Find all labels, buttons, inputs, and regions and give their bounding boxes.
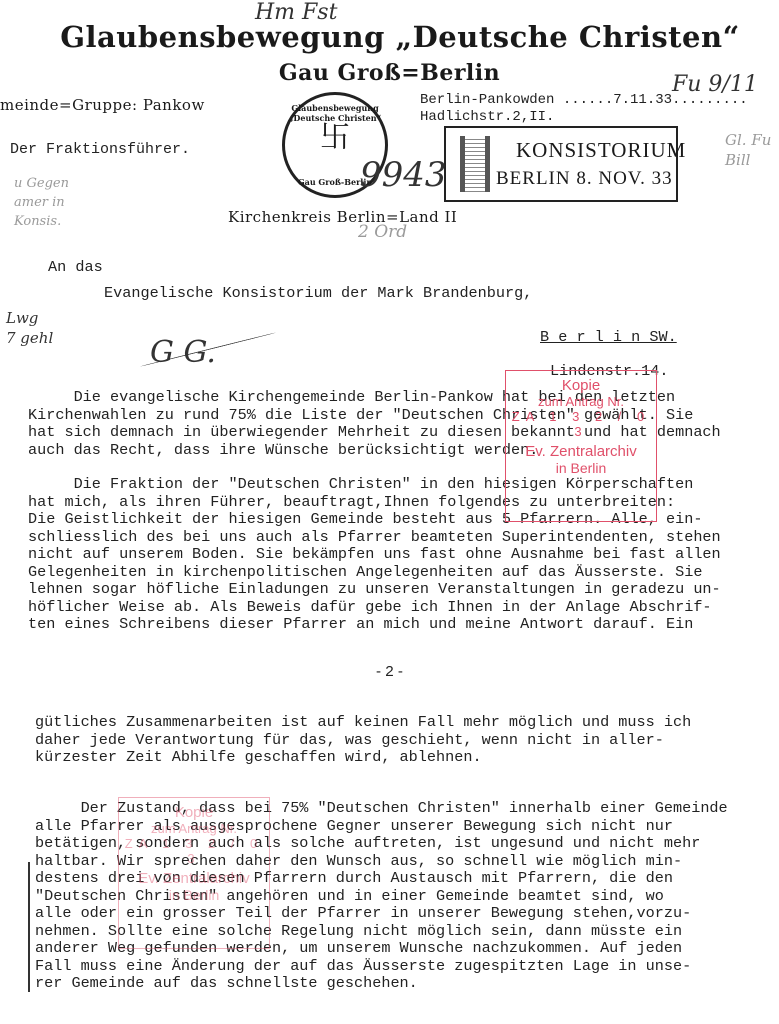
text-line: schliesslich des bei uns auch als Pfarre…: [28, 529, 721, 547]
salutation: An das: [48, 258, 103, 276]
text-line: ten eines Schreibens dieser Pfarrer an m…: [28, 616, 721, 634]
text-line: daher jede Verantwortung für das, was ge…: [35, 732, 691, 750]
handwritten-line: Lwg: [6, 308, 53, 328]
archive-stamp-line: Kopie: [506, 377, 656, 394]
handwritten-line: 7 gehl: [6, 328, 53, 348]
stamp-line-2: BERLIN 8. NOV. 33: [496, 168, 673, 190]
sender-street: Hadlichstr.2,II.: [420, 109, 554, 125]
archive-stamp-line: in Berlin: [506, 460, 656, 476]
handwritten-top: Hm Fst: [255, 0, 337, 25]
archive-stamp-line: Ev. Zentralarchiv: [506, 443, 656, 460]
recipient: Evangelische Konsistorium der Mark Brand…: [104, 284, 532, 302]
handwritten-line: Gl. Fu: [725, 130, 771, 150]
handwritten-line: Konsis.: [14, 212, 69, 231]
handwritten-line: amer in: [14, 193, 69, 212]
handwritten-left-margin-1: u Gegen amer in Konsis.: [14, 174, 69, 231]
paragraph-3: gütliches Zusammenarbeiten ist auf keine…: [35, 714, 691, 767]
letterhead-title: Glaubensbewegung „Deutsche Christen“: [30, 20, 770, 54]
handwritten-below-district: 2 Ord: [358, 222, 407, 242]
text-line: Gelegenheiten in kirchenpolitischen Ange…: [28, 564, 721, 582]
text-line: gütliches Zusammenarbeiten ist auf keine…: [35, 714, 691, 732]
local-group: meinde=Gruppe: Pankow: [0, 96, 205, 114]
handwritten-line: u Gegen: [14, 174, 69, 193]
archive-stamp-line: in Berlin: [119, 887, 269, 903]
handwritten-initials: G G.: [150, 335, 216, 370]
text-line: nicht auf unserem Boden. Sie bekämpfen u…: [28, 546, 721, 564]
handwritten-line: Bill: [725, 150, 771, 170]
archive-stamp-line: Ev. Zentralarchiv: [119, 870, 269, 887]
archive-stamp-line: zum Antrag Nr.: [119, 821, 269, 836]
text-line: höflicher Weise ab. Als Beweis dafür geb…: [28, 599, 721, 617]
text-line: lehnen sogar höfliche Einladungen zu uns…: [28, 581, 721, 599]
archive-copy-stamp: Kopie zum Antrag Nr. ZA 1 3 2 / 0 3 Ev. …: [505, 370, 657, 522]
consistory-receipt-stamp: KONSISTORIUM BERLIN 8. NOV. 33: [444, 126, 678, 202]
archive-stamp-line: ZA 1 3 2 / 0 3: [119, 836, 269, 866]
letterhead-subtitle: Gau Groß=Berlin: [0, 60, 779, 86]
archive-stamp-line: Kopie: [119, 804, 269, 821]
archive-copy-stamp-2: Kopie zum Antrag Nr. ZA 1 3 2 / 0 3 Ev. …: [118, 797, 270, 949]
handwritten-left-margin-2: Lwg 7 gehl: [6, 308, 53, 348]
stamp-bar-icon: [460, 136, 490, 192]
text-line: rer Gemeinde auf das schnellste geschehe…: [35, 975, 728, 993]
text-line: Fall muss eine Änderung der auf das Äuss…: [35, 958, 728, 976]
handwritten-right-margin: Gl. Fu Bill: [725, 130, 771, 170]
archive-stamp-line: zum Antrag Nr.: [506, 394, 656, 409]
church-district: Kirchenkreis Berlin=Land II: [228, 208, 457, 226]
recipient-city: B e r l i n SW.: [540, 328, 677, 346]
handwritten-date-mark: Fu 9/11: [672, 72, 758, 97]
registry-number: 9943: [360, 155, 447, 195]
archive-stamp-line: ZA 1 3 2 / 0 3: [506, 409, 656, 439]
sender-role: Der Fraktionsführer.: [10, 141, 190, 158]
stamp-line-1: KONSISTORIUM: [516, 138, 686, 163]
margin-mark: [28, 862, 30, 992]
page-marker: - 2 -: [0, 663, 779, 680]
seal-text-top: Glaubensbewegung: [285, 103, 385, 113]
seal-symbol-icon: 卐: [285, 123, 385, 153]
text-line: kürzester Zeit Abhilfe geschaffen wird, …: [35, 749, 691, 767]
